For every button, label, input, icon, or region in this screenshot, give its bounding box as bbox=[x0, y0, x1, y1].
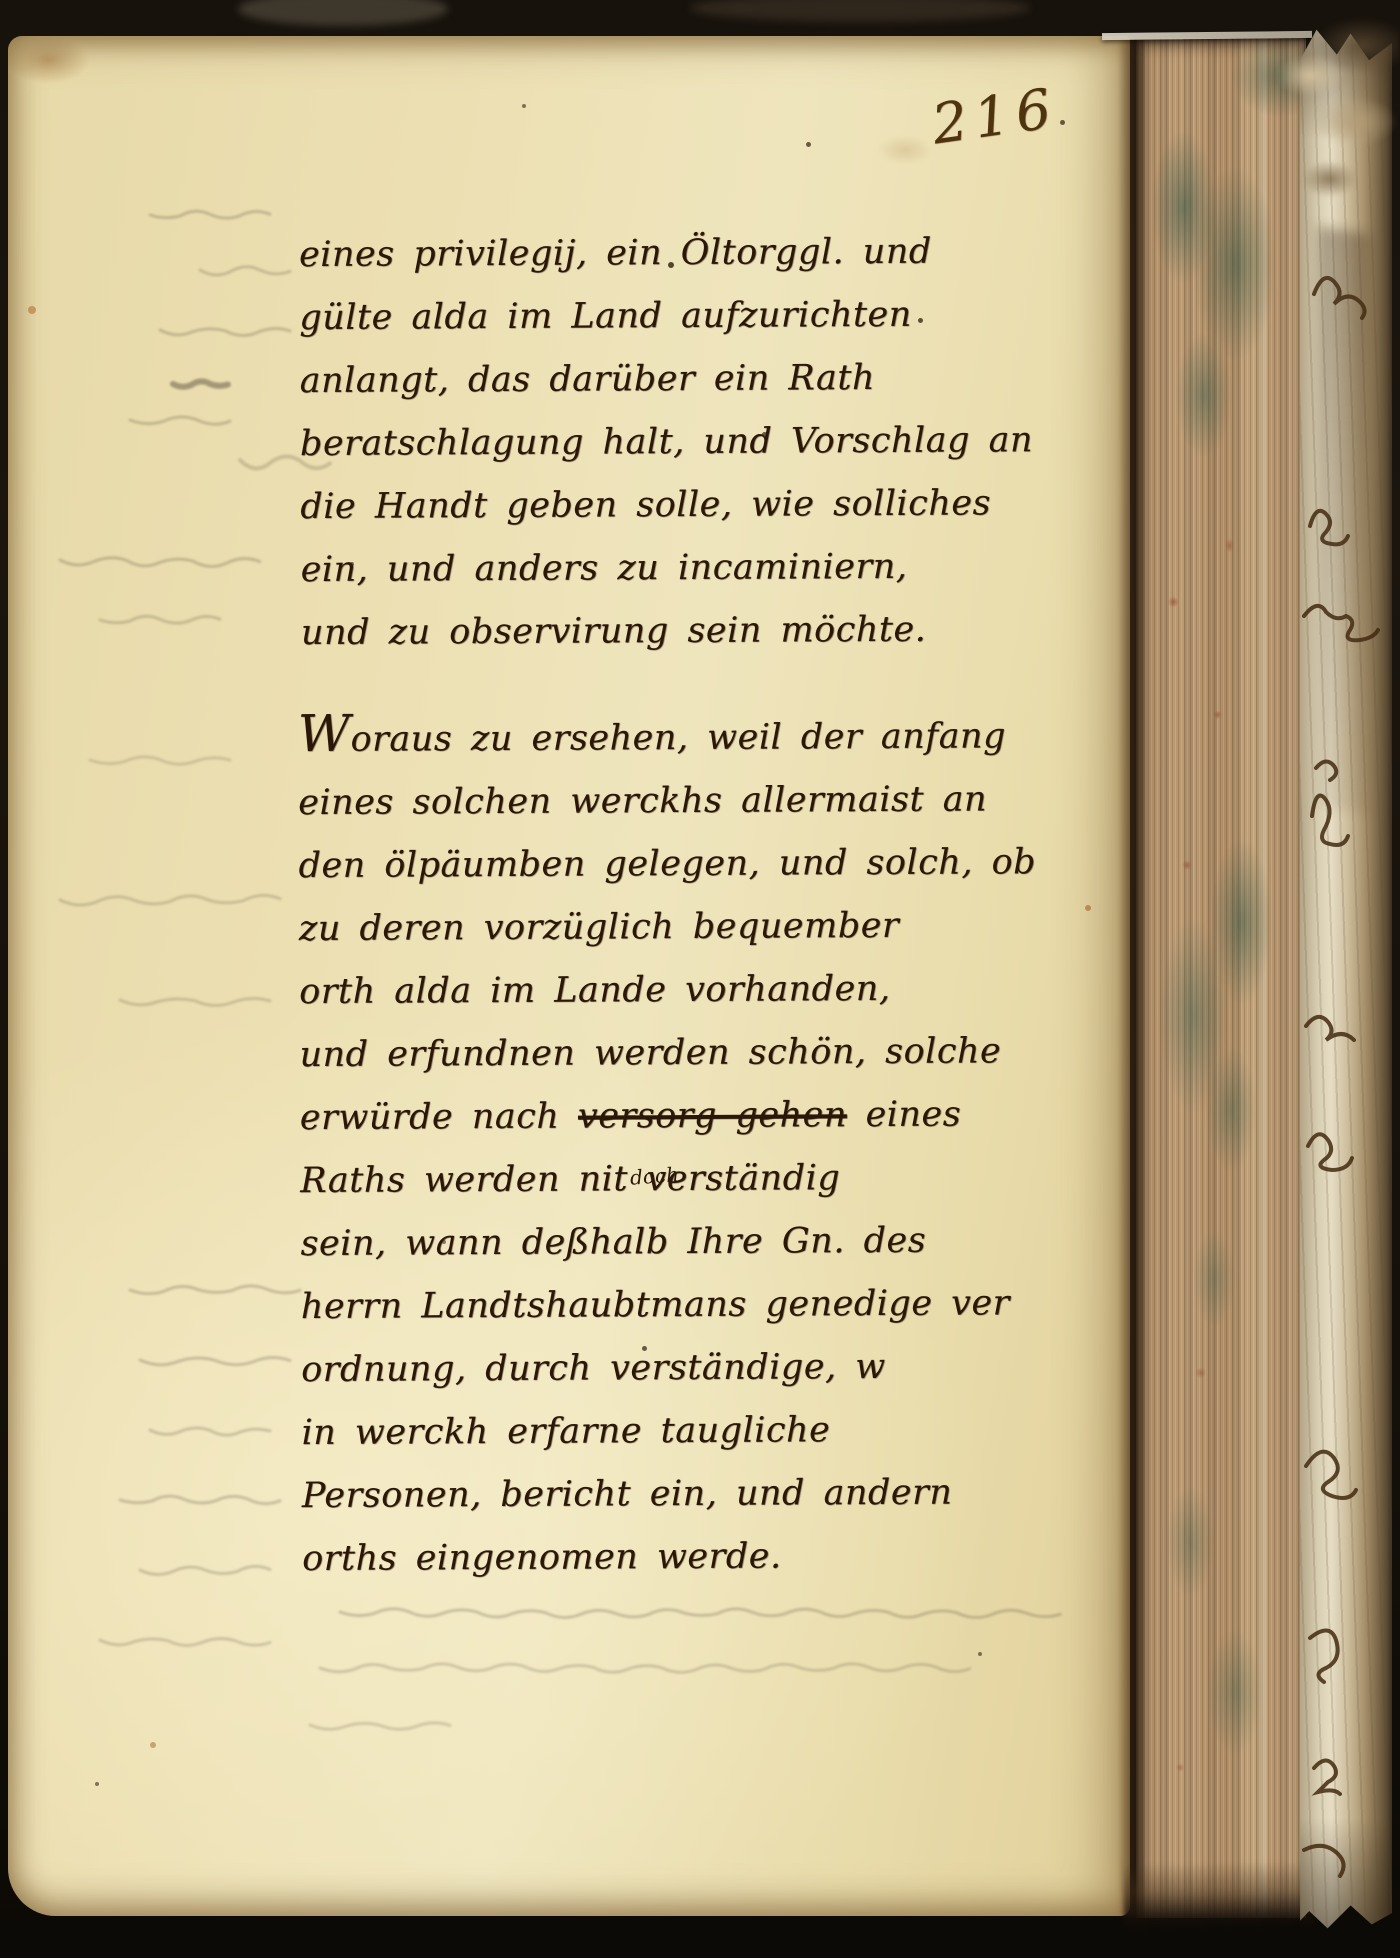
text-line: Personen, bericht ein, und andern bbox=[302, 1461, 1092, 1528]
ghost-writing-line bbox=[200, 267, 290, 275]
ink-speck bbox=[150, 1742, 156, 1748]
ghost-writing-line bbox=[320, 1664, 970, 1673]
text-segment: erwürde nach bbox=[300, 1097, 578, 1138]
ghost-writing-line bbox=[90, 757, 230, 764]
marginal-ink-mark bbox=[1306, 1017, 1354, 1040]
book-fore-edge bbox=[1136, 38, 1306, 1918]
ink-speck bbox=[350, 562, 354, 566]
ink-speck bbox=[28, 306, 36, 314]
ghost-writing-line bbox=[150, 211, 270, 218]
ink-speck bbox=[1060, 120, 1065, 125]
text-segment: eines bbox=[847, 1095, 961, 1136]
ghost-writing-line bbox=[160, 329, 290, 336]
ink-speck bbox=[806, 142, 811, 147]
ghost-writing-line bbox=[310, 1723, 450, 1729]
marginal-ink-mark bbox=[1306, 1452, 1356, 1498]
ink-speck bbox=[442, 1240, 446, 1244]
marginal-ink-mark bbox=[1304, 1846, 1344, 1876]
paragraph-1: eines privilegij, ein Öltorggl. und gült… bbox=[299, 220, 1091, 665]
text-line: ein, und anders zu incaminiern, bbox=[301, 535, 1091, 602]
text-line: den ölpäumben gelegen, und solch, ob bbox=[298, 831, 1088, 898]
text-line: die Handt geben solle, wie solliches bbox=[300, 472, 1090, 539]
ghost-writing-line bbox=[120, 1496, 280, 1504]
headband-debris bbox=[238, 0, 448, 26]
ink-speck bbox=[1085, 905, 1091, 911]
ink-speck bbox=[642, 1346, 647, 1351]
ghost-writing-line bbox=[120, 999, 270, 1006]
ink-speck bbox=[762, 432, 767, 437]
manuscript-page: 216 eines privilegij, ein Öltorggl. und … bbox=[8, 36, 1130, 1916]
paragraph-2: Woraus zu ersehen, weil der anfang eines… bbox=[298, 698, 1093, 1591]
ink-speck bbox=[668, 262, 674, 268]
marginal-ink-mark bbox=[1314, 1760, 1340, 1794]
text-line: sein, wann deßhalb Ihre Gn. des bbox=[300, 1209, 1090, 1276]
ink-speck bbox=[978, 1652, 982, 1656]
ink-speck bbox=[918, 318, 923, 323]
text-line: anlangt, das darüber ein Rath bbox=[300, 346, 1090, 413]
text-line: Woraus zu ersehen, weil der anfang bbox=[298, 698, 1088, 772]
text-line: Raths werden nit verständig bbox=[300, 1146, 1090, 1213]
text-line: orths eingenomen werde. bbox=[302, 1524, 1092, 1591]
ghost-writing-line bbox=[140, 1566, 270, 1574]
handwritten-text-block: eines privilegij, ein Öltorggl. und gült… bbox=[300, 222, 1090, 1589]
ghost-writing-line bbox=[100, 1639, 270, 1646]
ghost-writing-line bbox=[60, 895, 280, 905]
interlinear-insertion: doch bbox=[629, 1162, 679, 1189]
text-line: und erfundnen werden schön, solche bbox=[299, 1020, 1089, 1087]
corrected-text-line: erwürde nach versorg gehen eines bbox=[300, 1083, 1090, 1150]
text-line: in werckh erfarne taugliche bbox=[301, 1398, 1091, 1465]
text-line: ordnung, durch verständige, w bbox=[301, 1335, 1091, 1402]
ghost-writing-line bbox=[340, 1609, 1060, 1618]
text-line: eines privilegij, ein Öltorggl. und bbox=[299, 220, 1089, 287]
text-line: und zu observirung sein möchte. bbox=[301, 598, 1091, 665]
ink-speck bbox=[95, 1782, 99, 1786]
text-line: herrn Landtshaubtmans genedige ver bbox=[301, 1272, 1091, 1339]
parchment-crumple bbox=[1272, 18, 1400, 248]
ghost-writing-line bbox=[100, 616, 220, 623]
parchment-fold-shadow bbox=[1318, 226, 1370, 813]
text-line: zu deren vorzüglich bequember bbox=[299, 894, 1089, 961]
marginal-ink-mark bbox=[1310, 1630, 1338, 1682]
ghost-writing-line bbox=[60, 558, 260, 567]
manuscript-page-scan: 216 eines privilegij, ein Öltorggl. und … bbox=[0, 0, 1400, 1958]
headband-debris bbox=[690, 0, 1030, 22]
ghost-writing-line bbox=[140, 1357, 290, 1364]
struck-through-text: versorg gehen bbox=[578, 1095, 847, 1136]
ink-speck bbox=[522, 104, 526, 108]
ghost-writing-line bbox=[150, 1428, 270, 1435]
text-line: gülte alda im Land aufzurichten bbox=[299, 283, 1089, 350]
text-line: orth alda im Lande vorhanden, bbox=[299, 957, 1089, 1024]
text-line: beratschlagung halt, und Vorschlag an bbox=[300, 409, 1090, 476]
ghost-writing-line bbox=[130, 1286, 300, 1294]
ghost-writing-line bbox=[130, 417, 230, 424]
text-line: eines solchen werckhs allermaist an bbox=[298, 768, 1088, 835]
marginal-ink-mark bbox=[1308, 1134, 1352, 1170]
ghost-writing-line bbox=[173, 381, 228, 386]
